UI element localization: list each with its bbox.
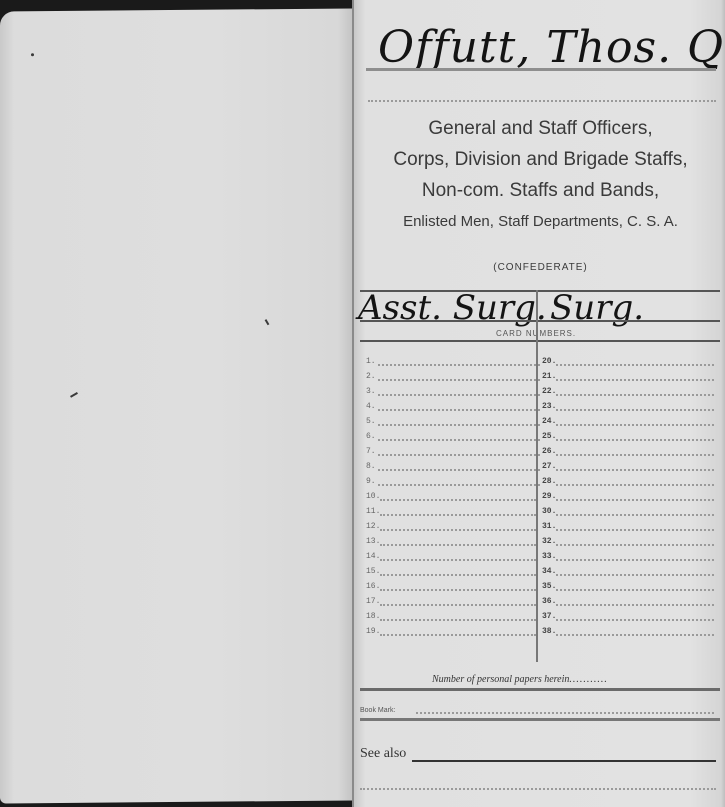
card-row: 14. xyxy=(366,550,536,565)
card-row: 32. xyxy=(542,535,714,550)
card-row: 4. xyxy=(366,400,540,415)
confederate-label: (CONFEDERATE) xyxy=(354,262,725,273)
card-row: 12. xyxy=(366,520,536,535)
header-line-1: General and Staff Officers, xyxy=(354,118,725,140)
rank-surgeon: Surg. xyxy=(550,288,644,328)
card-row: 8. xyxy=(366,460,540,475)
card-row: 1. xyxy=(366,355,540,370)
book-mark-dotted-line xyxy=(416,712,714,714)
card-row: 26. xyxy=(542,445,714,460)
page-edge-shadow xyxy=(721,0,725,807)
left-page-blank xyxy=(0,8,352,803)
card-row: 10. xyxy=(366,490,536,505)
card-row: 29. xyxy=(542,490,714,505)
card-row: 21. xyxy=(542,370,714,385)
card-row: 13. xyxy=(366,535,536,550)
personal-papers-label: Number of personal papers herein........… xyxy=(432,674,608,685)
card-row: 2. xyxy=(366,370,540,385)
header-line-4: Enlisted Men, Staff Departments, C. S. A… xyxy=(354,213,725,230)
card-row: 16. xyxy=(366,580,536,595)
header-line-2: Corps, Division and Brigade Staffs, xyxy=(354,149,725,171)
card-row: 34. xyxy=(542,565,714,580)
card-row: 27. xyxy=(542,460,714,475)
rank-asst-surgeon: Asst. Surg. xyxy=(358,288,547,328)
card-row: 28. xyxy=(542,475,714,490)
card-row: 9. xyxy=(366,475,540,490)
card-row: 3. xyxy=(366,385,540,400)
right-page-record-jacket: Offutt, Thos. Q. General and Staff Offic… xyxy=(352,0,725,807)
card-row: 11. xyxy=(366,505,536,520)
header-line-3: Non-com. Staffs and Bands, xyxy=(354,180,725,202)
paper-speck xyxy=(265,319,270,325)
paper-speck xyxy=(70,392,78,398)
card-row: 35. xyxy=(542,580,714,595)
name-underline xyxy=(366,68,716,71)
see-also-rule xyxy=(412,760,716,762)
card-row: 6. xyxy=(366,430,540,445)
card-row: 24. xyxy=(542,415,714,430)
card-row: 18. xyxy=(366,610,536,625)
bottom-dotted-line xyxy=(360,788,716,790)
book-mark-label: Book Mark: xyxy=(360,707,395,714)
card-row: 36. xyxy=(542,595,714,610)
card-numbers-rule xyxy=(360,340,720,342)
name-dotted-line xyxy=(368,100,716,102)
card-row: 33. xyxy=(542,550,714,565)
card-row: 19. xyxy=(366,625,536,640)
papers-rule xyxy=(360,688,720,691)
soldier-name: Offutt, Thos. Q. xyxy=(378,22,725,73)
card-row: 22. xyxy=(542,385,714,400)
card-row: 7. xyxy=(366,445,540,460)
card-row: 30. xyxy=(542,505,714,520)
rank-rule xyxy=(360,320,720,322)
card-row: 23. xyxy=(542,400,714,415)
card-row: 25. xyxy=(542,430,714,445)
card-row: 20. xyxy=(542,355,714,370)
see-also-label: See also xyxy=(360,746,406,762)
card-row: 15. xyxy=(366,565,536,580)
book-mark-rule xyxy=(360,718,720,721)
card-row: 5. xyxy=(366,415,540,430)
card-row: 31. xyxy=(542,520,714,535)
card-row: 37. xyxy=(542,610,714,625)
paper-speck xyxy=(31,53,34,56)
card-row: 38. xyxy=(542,625,714,640)
card-row: 17. xyxy=(366,595,536,610)
